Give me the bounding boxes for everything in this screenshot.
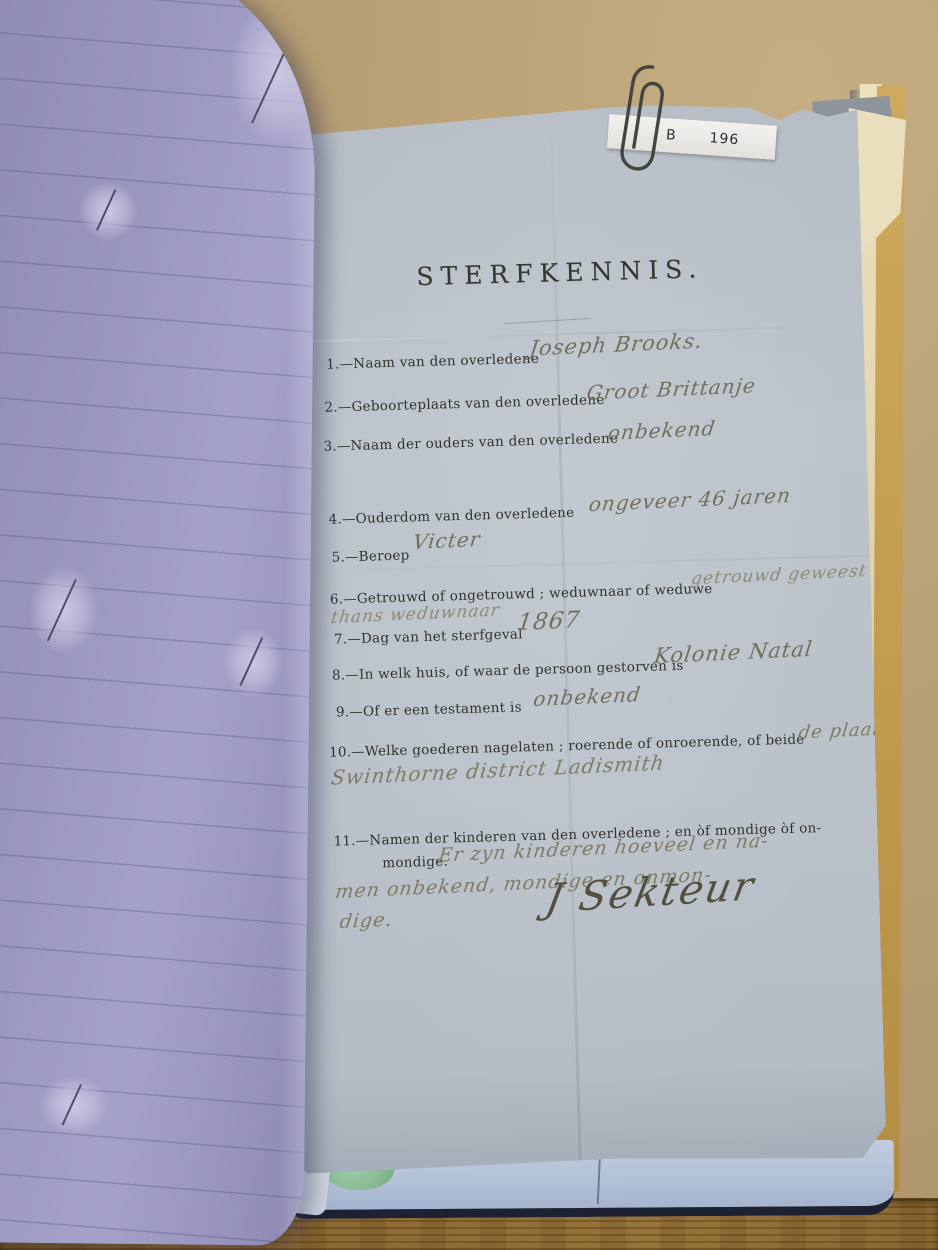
title-underline [504, 318, 590, 324]
item-label-text: Naam der ouders van den overledene [350, 431, 618, 454]
item-label-text: Getrouwd of ongetrouwd ; weduwnaar of we… [357, 581, 713, 607]
form-item-label: 7.—Dag van het sterfgeval [334, 626, 523, 647]
handwritten-answer-children-line3: dige. [338, 909, 394, 933]
form-item-label: 5.—Beroep [331, 547, 409, 565]
item-number: 3.— [323, 438, 350, 455]
item-label-text: Dag van het sterfgeval [361, 626, 523, 647]
sterfkennis-form-page: 3, STERFKENNIS. 1.—Naam van den overlede… [253, 100, 886, 1174]
item-label-text: Beroep [358, 547, 409, 564]
handwritten-answer-profession: Victer [412, 527, 482, 554]
form-item-label: 6.—Getrouwd of ongetrouwd ; weduwnaar of… [330, 581, 713, 608]
blue-ledger-cover [0, 0, 317, 1246]
item-label-text: Of er een testament is [363, 699, 522, 719]
item-number: 2.— [324, 399, 351, 416]
archive-photo: 3, STERFKENNIS. 1.—Naam van den overlede… [0, 0, 938, 1250]
form-item-label: 2.—Geboorteplaats van den overledene [324, 392, 605, 416]
item-number: 10.— [329, 744, 365, 761]
item-number: 11.— [333, 833, 369, 850]
item-number: 7.— [334, 631, 361, 648]
tear-crack [46, 579, 76, 641]
tear-crack [251, 20, 300, 123]
form-item-label: 8.—In welk huis, of waar de persoon gest… [332, 658, 684, 684]
item-number: 9.— [336, 704, 363, 721]
handwritten-answer-parents: onbekend [607, 416, 718, 445]
item-number: 4.— [328, 511, 355, 528]
paper-tear [28, 565, 99, 656]
item-label-text: Naam van den overledene [353, 351, 539, 372]
handwritten-answer-testament: onbekend [532, 682, 643, 711]
paper-tear [78, 180, 139, 241]
handwritten-answer-birthplace: Groot Brittanje [585, 373, 757, 405]
item-number: 1.— [326, 356, 353, 373]
paper-tear [223, 627, 284, 698]
form-item-label: 4.—Ouderdom van den overledene [328, 505, 574, 528]
handwritten-answer-age: ongeveer 46 jaren [587, 483, 792, 516]
tear-crack [240, 638, 264, 687]
pencil-corner-mark: 3, [771, 103, 785, 119]
paper-tear [38, 1075, 109, 1136]
handwritten-answer-marital: getrouwd geweest [690, 561, 868, 589]
item-number: 8.— [332, 667, 359, 684]
tear-crack [61, 1084, 82, 1126]
item-label-text: In welk huis, of waar de persoon gestorv… [359, 658, 684, 683]
handwritten-answer-place-of-death: Kolonie Natal [653, 637, 815, 668]
paper-tear [229, 0, 317, 148]
item-label-text: Ouderdom van den overledene [355, 505, 574, 527]
form-item-label: 9.—Of er een testament is [336, 699, 522, 720]
item-label-text: Geboorteplaats van den overledene [351, 392, 605, 415]
item-number: 6.— [330, 591, 357, 608]
tear-crack [96, 189, 117, 231]
archive-label-number: 196 [709, 130, 740, 148]
form-item-label: 3.—Naam der ouders van den overledene [323, 431, 618, 455]
form-item-label: 1.—Naam van den overledene [326, 351, 539, 373]
handwritten-answer-death-date: 1867 [516, 607, 582, 636]
form-title: STERFKENNIS. [258, 250, 863, 296]
item-number: 5.— [331, 549, 358, 566]
